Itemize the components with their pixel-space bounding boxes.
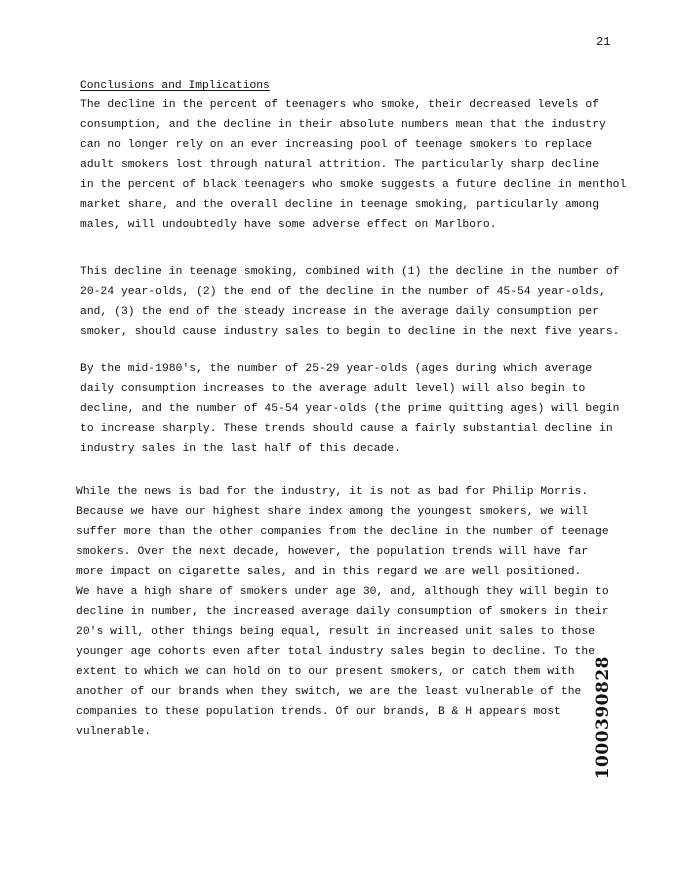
text-line: consumption, and the decline in their ab… — [80, 115, 626, 135]
bates-stamp: 1000390828 — [593, 656, 613, 779]
paragraph-teen-decline: The decline in the percent of teenagers … — [80, 95, 626, 235]
paragraph-mid-1980s: By the mid-1980's, the number of 25-29 y… — [80, 359, 620, 459]
text-line: vulnerable. — [76, 722, 609, 742]
text-line: and, (3) the end of the steady increase … — [80, 302, 620, 322]
text-line: another of our brands when they switch, … — [76, 682, 609, 702]
text-line: decline in number, the increased average… — [76, 602, 609, 622]
text-line: This decline in teenage smoking, combine… — [80, 262, 620, 282]
text-line: While the news is bad for the industry, … — [76, 482, 609, 502]
text-line: companies to these population trends. Of… — [76, 702, 609, 722]
section-heading: Conclusions and Implications — [80, 77, 270, 95]
text-line: industry sales in the last half of this … — [80, 439, 620, 459]
text-line: smokers. Over the next decade, however, … — [76, 542, 609, 562]
text-line: adult smokers lost through natural attri… — [80, 155, 626, 175]
text-line: 20-24 year-olds, (2) the end of the decl… — [80, 282, 620, 302]
text-line: daily consumption increases to the avera… — [80, 379, 620, 399]
text-line: to increase sharply. These trends should… — [80, 419, 620, 439]
page-number: 21 — [596, 35, 610, 49]
text-line: 20's will, other things being equal, res… — [76, 622, 609, 642]
paragraph-industry-sales: This decline in teenage smoking, combine… — [80, 262, 620, 342]
paragraph-philip-morris: While the news is bad for the industry, … — [76, 482, 609, 742]
text-line: suffer more than the other companies fro… — [76, 522, 609, 542]
text-line: We have a high share of smokers under ag… — [76, 582, 609, 602]
text-line: can no longer rely on an ever increasing… — [80, 135, 626, 155]
text-line: more impact on cigarette sales, and in t… — [76, 562, 609, 582]
text-line: younger age cohorts even after total ind… — [76, 642, 609, 662]
text-line: The decline in the percent of teenagers … — [80, 95, 626, 115]
text-line: in the percent of black teenagers who sm… — [80, 175, 626, 195]
text-line: market share, and the overall decline in… — [80, 195, 626, 215]
text-line: By the mid-1980's, the number of 25-29 y… — [80, 359, 620, 379]
text-line: smoker, should cause industry sales to b… — [80, 322, 620, 342]
text-line: decline, and the number of 45-54 year-ol… — [80, 399, 620, 419]
text-line: males, will undoubtedly have some advers… — [80, 215, 626, 235]
text-line: Because we have our highest share index … — [76, 502, 609, 522]
text-line: extent to which we can hold on to our pr… — [76, 662, 609, 682]
